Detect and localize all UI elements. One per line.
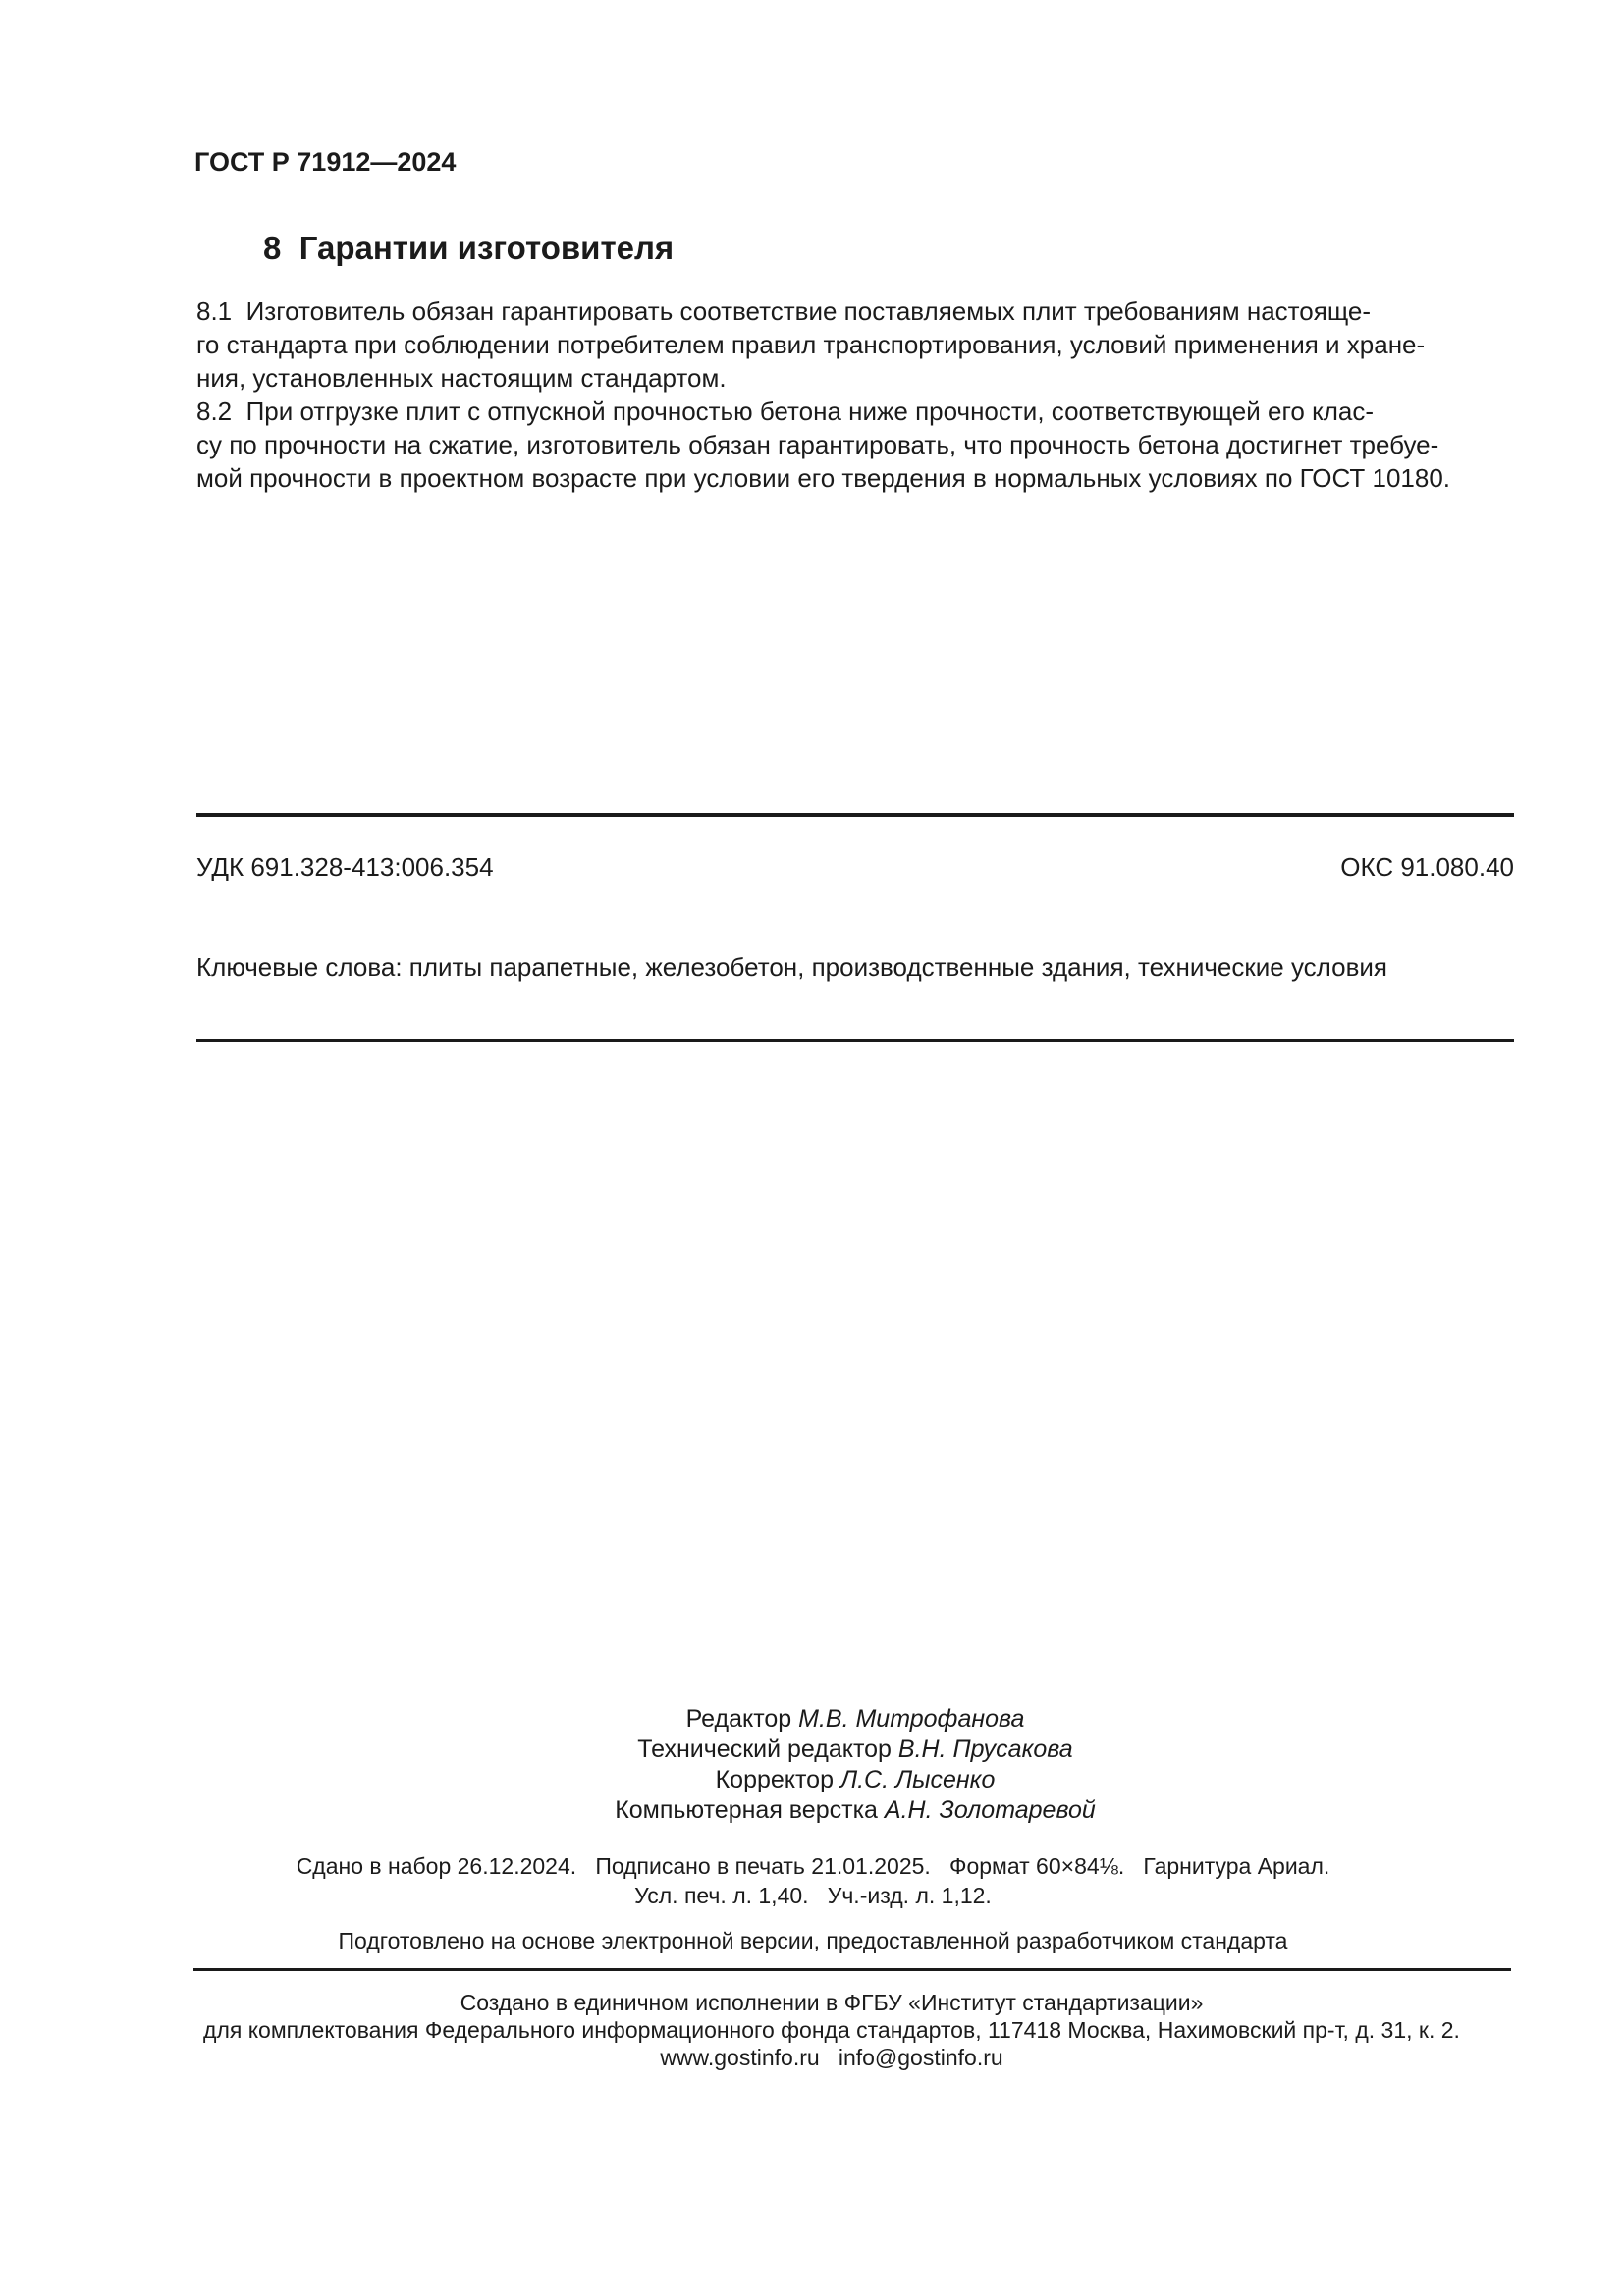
paragraph-line: ния, установленных настоящим стандартом. xyxy=(196,361,1524,395)
credit-name: Л.С. Лысенко xyxy=(840,1766,995,1793)
paragraph-line: го стандарта при соблюдении потребителем… xyxy=(196,328,1524,361)
paragraph-line: 8.1 Изготовитель обязан гарантировать со… xyxy=(196,294,1524,328)
publisher-line: для комплектования Федерального информац… xyxy=(154,2016,1509,2044)
credit-name: В.Н. Прусакова xyxy=(898,1735,1073,1763)
credit-role: Корректор xyxy=(716,1766,834,1793)
document-page: ГОСТ Р 71912—2024 8 Гарантии изготовител… xyxy=(0,0,1624,2296)
imprint-line: Усл. печ. л. 1,40. Уч.-изд. л. 1,12. xyxy=(154,1881,1472,1910)
credit-name: А.Н. Золотаревой xyxy=(885,1796,1096,1824)
running-head: ГОСТ Р 71912—2024 xyxy=(194,147,456,178)
credit-role: Компьютерная верстка xyxy=(615,1796,878,1824)
section-heading: 8 Гарантии изготовителя xyxy=(263,230,674,267)
imprint-line: Сдано в набор 26.12.2024. Подписано в пе… xyxy=(154,1851,1472,1881)
keywords-line: Ключевые слова: плиты парапетные, железо… xyxy=(196,952,1524,983)
imprint-block: Сдано в набор 26.12.2024. Подписано в пе… xyxy=(154,1851,1472,1910)
credits-block: Редактор М.В. Митрофанова Технический ре… xyxy=(196,1704,1514,1826)
paragraph-line: 8.2 При отгрузке плит с отпускной прочно… xyxy=(196,395,1524,428)
oks-code: ОКС 91.080.40 xyxy=(1340,852,1514,882)
horizontal-rule-middle xyxy=(196,1039,1514,1042)
classification-row: УДК 691.328-413:006.354 ОКС 91.080.40 xyxy=(196,852,1514,882)
credit-line: Технический редактор В.Н. Прусакова xyxy=(196,1735,1514,1765)
publisher-contacts: www.gostinfo.ru info@gostinfo.ru xyxy=(154,2044,1509,2071)
credit-line: Редактор М.В. Митрофанова xyxy=(196,1704,1514,1735)
publisher-line: Создано в единичном исполнении в ФГБУ «И… xyxy=(154,1989,1509,2016)
credit-role: Редактор xyxy=(686,1705,792,1733)
credit-line: Компьютерная верстка А.Н. Золотаревой xyxy=(196,1795,1514,1826)
paragraph-line: су по прочности на сжатие, изготовитель … xyxy=(196,428,1524,461)
prepared-note: Подготовлено на основе электронной верси… xyxy=(154,1928,1472,1954)
credit-name: М.В. Митрофанова xyxy=(798,1705,1024,1733)
horizontal-rule-bottom xyxy=(193,1968,1511,1971)
credit-line: Корректор Л.С. Лысенко xyxy=(196,1765,1514,1795)
publisher-block: Создано в единичном исполнении в ФГБУ «И… xyxy=(154,1989,1509,2071)
section-body: 8.1 Изготовитель обязан гарантировать со… xyxy=(196,294,1524,495)
udk-code: УДК 691.328-413:006.354 xyxy=(196,852,494,882)
paragraph-line: мой прочности в проектном возрасте при у… xyxy=(196,461,1524,495)
horizontal-rule-top xyxy=(196,813,1514,817)
credit-role: Технический редактор xyxy=(637,1735,892,1763)
